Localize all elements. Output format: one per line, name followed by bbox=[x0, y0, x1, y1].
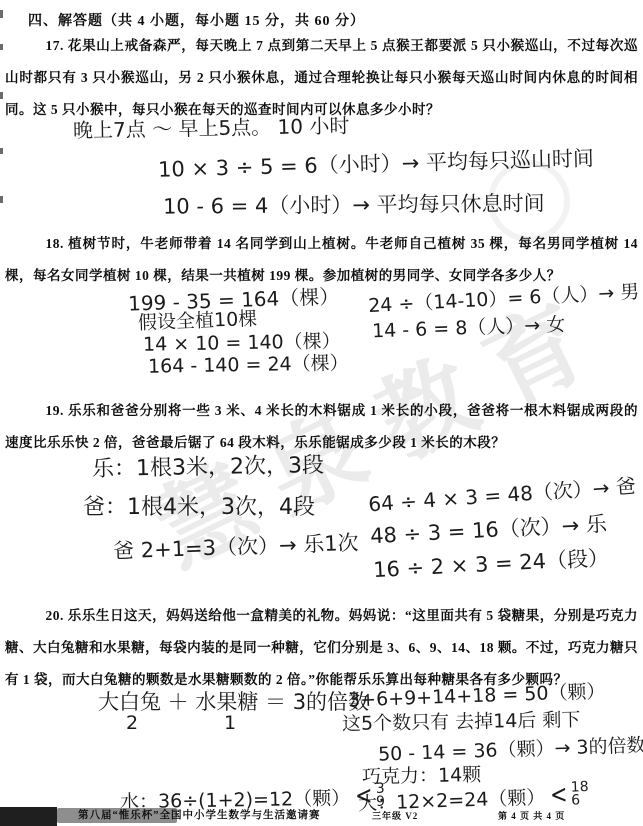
scan-artifact bbox=[0, 10, 3, 18]
rabbit-bag-bottom: 6 bbox=[571, 794, 589, 808]
scan-artifact bbox=[0, 92, 3, 99]
worksheet-page: 慧泉教育 四、解答题（共 4 小题，每小题 15 分，共 60 分） 17. 花… bbox=[0, 0, 643, 826]
footer-competition: 第八届“惟乐杯”全国中小学生数学与生活邀请赛 bbox=[78, 807, 321, 822]
brace-icon: < bbox=[550, 780, 568, 811]
handwriting-q17-line1: 晚上7点 ～ 早上5点。 10 小时 bbox=[73, 110, 350, 144]
scan-artifact bbox=[0, 196, 3, 203]
handwriting-q18-right2: 14 - 6 = 8（人）→ 女 bbox=[372, 310, 566, 344]
handwriting-q20-ratio-rabbit: 2 bbox=[126, 712, 138, 734]
scan-artifact bbox=[0, 44, 3, 50]
handwriting-q20-ratio-fruit: 1 bbox=[224, 712, 236, 734]
handwriting-q19-left2: 爸：1根4米，3次，4段 bbox=[83, 490, 315, 521]
handwriting-q19-left3: 爸 2+1=3（次）→ 乐1次 bbox=[113, 527, 359, 566]
footer-page-number: 第 4 页 共 4 页 bbox=[498, 809, 565, 822]
handwriting-q17-line3: 10 - 6 = 4（小时）→ 平均每只休息时间 bbox=[163, 187, 545, 220]
footer-grade: 三年级 V2 bbox=[372, 809, 418, 822]
handwriting-q18-left4: 164 - 140 = 24（棵） bbox=[148, 348, 349, 378]
handwriting-q19-left1: 乐：1根3米，2次，3段 bbox=[92, 448, 325, 483]
handwriting-q17-line2: 10 × 3 ÷ 5 = 6（小时）→ 平均每只巡山时间 bbox=[158, 142, 595, 183]
handwriting-q20-right2: 这5个数只有 去掉14后 剩下 bbox=[342, 705, 581, 736]
scan-artifact bbox=[0, 148, 3, 154]
scan-dark-bar bbox=[0, 807, 57, 826]
